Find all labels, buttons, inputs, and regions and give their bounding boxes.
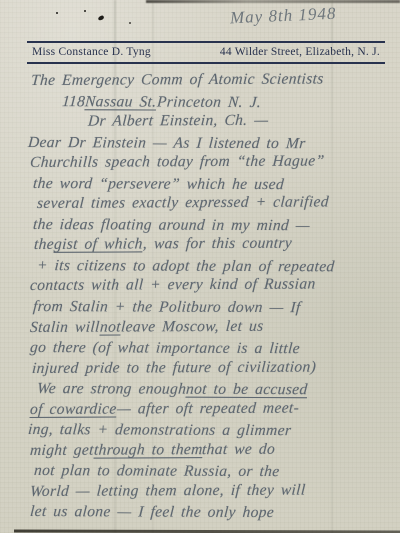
- handwritten-line: of cowardice — after oft repeated meet-: [28, 398, 390, 420]
- ink-speck: [84, 10, 86, 12]
- handwritten-line: injured pride to the future of civilizat…: [28, 357, 390, 379]
- handwritten-text: Churchills speach today from “the Hague”: [29, 152, 325, 174]
- handwritten-text: The Emergency Comm of Atomic Scientists: [30, 69, 324, 91]
- handwritten-text: ing, talks + demonstrations a glimmer: [27, 420, 292, 442]
- handwritten-line: contacts with all + every kind of Russia…: [28, 275, 390, 297]
- handwritten-line: The Emergency Comm of Atomic Scientists: [28, 69, 390, 91]
- letter-date: May 8th 1948: [230, 4, 337, 29]
- handwritten-underlined-text: not: [99, 317, 121, 338]
- handwritten-line: World — letting them alone, if they will: [28, 480, 390, 502]
- handwritten-text: 118: [61, 92, 86, 113]
- handwritten-line: Stalin will not leave Moscow, let us: [28, 316, 390, 338]
- letterhead-name: Miss Constance D. Tyng: [32, 46, 151, 58]
- handwritten-text: , was for this country: [142, 234, 292, 255]
- handwritten-text: injured pride to the future of civilizat…: [31, 357, 316, 379]
- handwritten-underlined-text: of cowardice: [29, 399, 117, 420]
- handwritten-text: not plan to dominate Russia, or the: [33, 461, 280, 483]
- handwritten-text: Stalin will: [29, 317, 100, 338]
- handwritten-text: We are strong enough: [36, 379, 187, 400]
- handwritten-text: go there (of what importance is a little: [29, 338, 300, 360]
- handwritten-text: — after oft repeated meet-: [116, 398, 299, 420]
- handwritten-text: from Stalin + the Politburo down — If: [32, 297, 301, 319]
- scan-edge-top: [146, 0, 400, 3]
- handwritten-text: let us alone — I feel the only hope: [29, 502, 275, 524]
- handwritten-text: the: [33, 235, 54, 256]
- handwritten-underlined-text: Nassau St.: [84, 92, 157, 113]
- handwritten-line: Dr Albert Einstein, Ch. —: [28, 110, 390, 132]
- ink-speck: [129, 22, 131, 24]
- ink-speck: [97, 15, 104, 21]
- letter-body: The Emergency Comm of Atomic Scientists1…: [28, 71, 390, 523]
- letterhead-address: 44 Wilder Street, Elizabeth, N. J.: [220, 46, 380, 58]
- handwritten-underlined-text: through to them: [93, 440, 203, 461]
- handwritten-line: several times exactly expressed + clarif…: [28, 192, 390, 214]
- handwritten-text: contacts with all + every kind of Russia…: [29, 275, 316, 297]
- handwritten-text: several times exactly expressed + clarif…: [36, 193, 329, 215]
- handwritten-line: the gist of which, was for this country: [28, 233, 390, 255]
- scan-edge-bottom: [14, 529, 400, 533]
- handwritten-text: Dr Albert Einstein, Ch. —: [87, 111, 269, 132]
- handwritten-text: might get: [29, 440, 94, 461]
- handwritten-line: might get through to them that we do: [28, 439, 390, 461]
- handwritten-text: leave Moscow, let us: [120, 316, 264, 337]
- letterhead: Miss Constance D. Tyng 44 Wilder Street,…: [27, 41, 385, 64]
- handwritten-text: World — letting them alone, if they will: [29, 480, 306, 502]
- handwritten-line: let us alone — I feel the only hope: [28, 502, 390, 524]
- letter-page: May 8th 1948 Miss Constance D. Tyng 44 W…: [0, 0, 400, 533]
- ink-speck: [56, 12, 58, 14]
- handwritten-text: that we do: [202, 440, 276, 461]
- handwritten-line: Churchills speach today from “the Hague”: [28, 151, 390, 173]
- handwritten-underlined-text: gist of which: [53, 235, 143, 256]
